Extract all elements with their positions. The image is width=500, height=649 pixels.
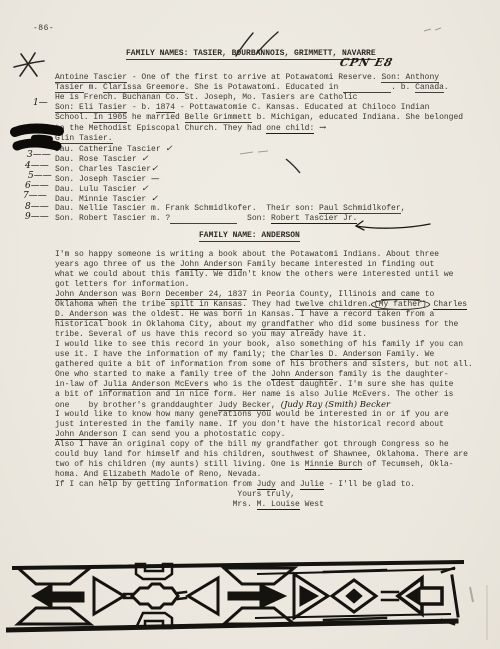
- text-line: Dau. Nellie Tascier m. Frank Schmidlkofe…: [0, 204, 500, 214]
- handwritten-margin-number: 3——: [27, 151, 51, 160]
- text-line: historical book in Oklahoma City, about …: [0, 320, 500, 330]
- text-line: Son. Charles Tascier✓: [0, 164, 500, 174]
- text-line: Dau. Catherine Tascier ✓: [0, 144, 500, 154]
- text-line: in-law of Julia Anderson McEvers who is …: [0, 380, 500, 390]
- handwritten-margin-number: 5——: [28, 172, 52, 181]
- handwritten-margin-number: 4——: [25, 162, 49, 171]
- text-line: John Anderson I can send you a photostat…: [0, 430, 500, 440]
- text-line: could buy land for himself and his child…: [0, 450, 500, 460]
- text-line: Glin Tasier.: [0, 134, 500, 144]
- text-line: two of his children (my aunts) still liv…: [0, 460, 500, 470]
- text-line: Dau. Lulu Tascier ✓: [0, 184, 500, 194]
- document-page: -86- FAMILY NAMES: TASIER, BOURBANNOIS, …: [0, 0, 500, 649]
- section2-title: FAMILY NAME: ANDERSON: [199, 231, 300, 242]
- handwritten-margin-number: 2——: [33, 141, 57, 150]
- text-line: what we could about this family. We didn…: [0, 270, 500, 280]
- text-line: Son. Robert Tascier m. ? Son: Robert Tas…: [0, 214, 500, 224]
- handwritten-margin-number: 7——: [23, 192, 47, 201]
- handwritten-margin-number: 6——: [25, 182, 49, 191]
- text-line: Son. Joseph Tascier —: [0, 174, 500, 184]
- text-line: Oklahoma when the tribe spilt in Kansas.…: [0, 300, 500, 310]
- text-line: John Anderson was Born December 24, 1837…: [0, 290, 500, 300]
- decorative-native-border: [6, 558, 484, 638]
- handwritten-margin-number: 8——: [25, 203, 49, 212]
- page-number: -86-: [33, 24, 54, 33]
- text-line: homa. And Elizabeth Madole of Reno, Neva…: [0, 470, 500, 480]
- text-line: years ago three of us the John Anderson …: [0, 260, 500, 270]
- text-line: Dau. Minnie Tascier ✓: [0, 194, 500, 204]
- text-line: got letters for information.: [0, 280, 500, 290]
- text-line: one by brother's granddaughter Judy Beck…: [0, 400, 500, 410]
- text-line: Also I have an original copy of the bill…: [0, 440, 500, 450]
- text-line: Antoine Tascier - One of the first to ar…: [0, 73, 500, 83]
- text-line: One who started to make a family tree of…: [0, 370, 500, 380]
- text-line: use it. I have the information of my fam…: [0, 350, 500, 360]
- text-line: to the Methodist Episcopal Church. They …: [0, 123, 500, 133]
- text-line: School. In 1905 he married Belle Grimmet…: [0, 113, 500, 123]
- handwritten-margin-number: 1—: [33, 99, 48, 108]
- text-line: Tasier m. Clarissa Greemore. She is Pota…: [0, 83, 500, 93]
- text-line: I'm so happy someone is writing a book a…: [0, 250, 500, 260]
- handwritten-margin-number: 9——: [25, 213, 49, 222]
- text-line: a bit of information and in nice form. H…: [0, 390, 500, 400]
- text-line: I would like to know how many generation…: [0, 410, 500, 420]
- text-line: Mrs. M. Louise West: [0, 500, 500, 510]
- section2-body: I'm so happy someone is writing a book a…: [0, 250, 500, 510]
- text-line: If I can help by getting information fro…: [0, 480, 500, 490]
- text-line: tribe. Several of us have this record so…: [0, 330, 500, 340]
- text-line: Son: Eli Tasier - b. 1874 - Pottawatomie…: [0, 103, 500, 113]
- text-line: Dau. Rose Tascier ✓: [0, 154, 500, 164]
- text-line: Yours truly,: [0, 490, 500, 500]
- text-line: I would like to see this record in your …: [0, 340, 500, 350]
- text-line: D. Anderson was the oldest. He was born …: [0, 310, 500, 320]
- text-line: He is French. Buchanan Co. St. Joseph, M…: [0, 93, 500, 103]
- section1-title: FAMILY NAMES: TASIER, BOURBANNOIS, GRIMM…: [126, 49, 376, 60]
- text-line: just interested in the family name. If y…: [0, 420, 500, 430]
- annotation-cpn-e8: CPN E8: [338, 56, 394, 69]
- section1-body: Antoine Tascier - One of the first to ar…: [0, 73, 500, 224]
- text-line: gathered quite a bit of information from…: [0, 360, 500, 370]
